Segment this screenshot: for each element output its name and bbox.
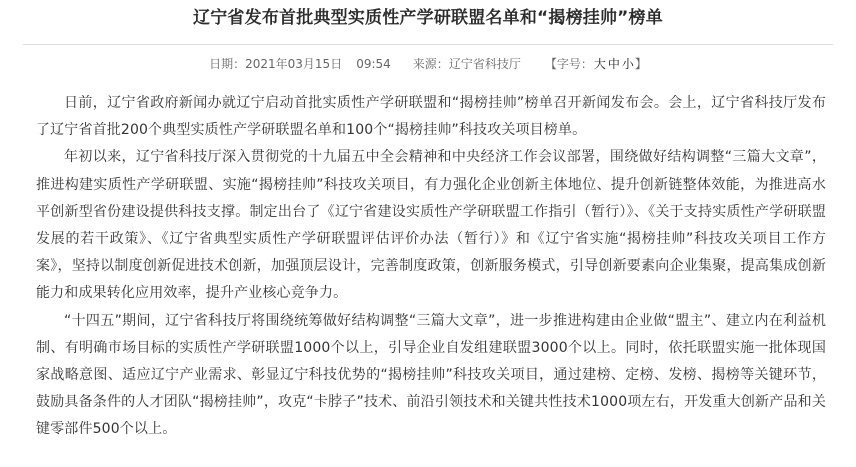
title-divider	[23, 44, 833, 45]
source-value: 辽宁省科技厅	[449, 55, 521, 73]
article-title: 辽宁省发布首批典型实质性产学研联盟名单和“揭榜挂帅”榜单	[0, 6, 856, 30]
date-label: 日期：	[209, 55, 245, 73]
font-size-close: 】	[635, 55, 647, 73]
font-size-label: 【字号：	[545, 55, 593, 73]
paragraph: 日前，辽宁省政府新闻办就辽宁启动首批实质性产学研联盟和“揭榜挂帅”榜单召开新闻发…	[36, 90, 826, 144]
font-size-large-button[interactable]: 大	[594, 55, 606, 73]
article-meta: 日期：2021年03月15日09:54来源：辽宁省科技厅【字号：大中小】	[0, 55, 856, 73]
paragraph: 年初以来，辽宁省科技厅深入贯彻党的十九届五中全会精神和中央经济工作会议部署，围绕…	[36, 144, 826, 307]
article-body: 日前，辽宁省政府新闻办就辽宁启动首批实质性产学研联盟和“揭榜挂帅”榜单召开新闻发…	[36, 90, 826, 444]
font-size-small-button[interactable]: 小	[622, 55, 634, 73]
source-label: 来源：	[413, 55, 449, 73]
paragraph: “十四五”期间，辽宁省科技厅将围绕统筹做好结构调整“三篇大文章”，进一步推进构建…	[36, 308, 826, 444]
time-value: 09:54	[356, 55, 391, 73]
date-value: 2021年03月15日	[245, 55, 342, 73]
font-size-medium-button[interactable]: 中	[608, 55, 620, 73]
